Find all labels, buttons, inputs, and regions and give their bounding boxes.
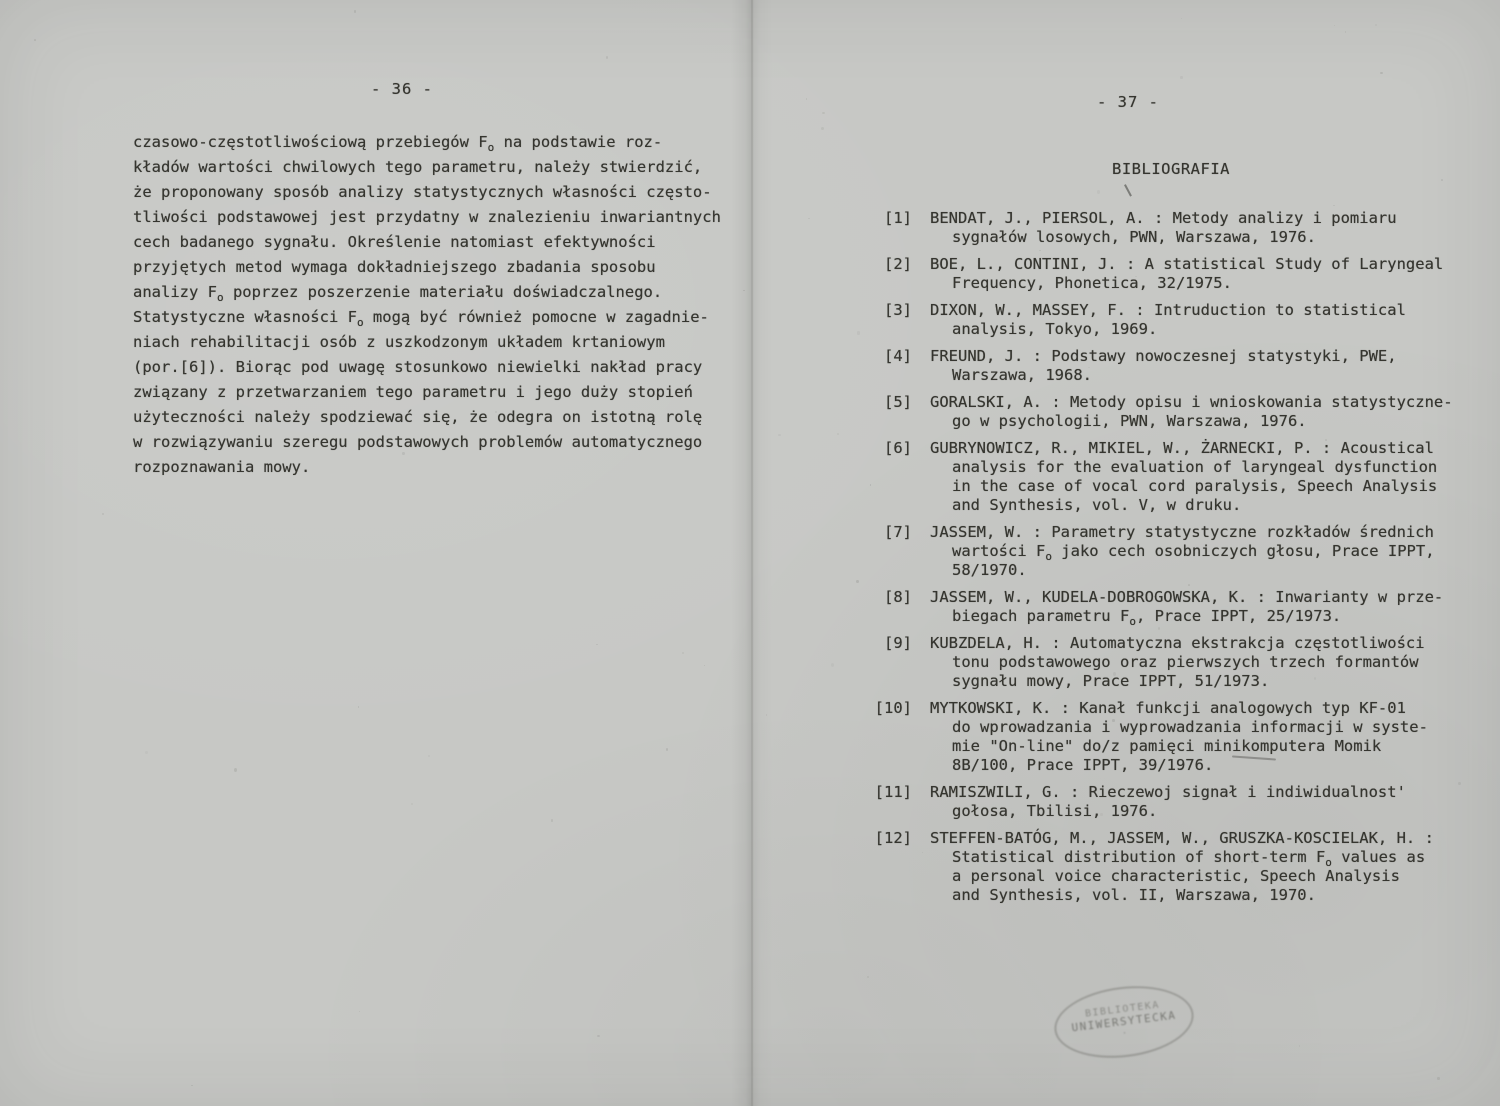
paper-speck [857,331,860,334]
bib-entry: [9]KUBZDELA, H. : Automatyczna ekstrakcj… [868,634,1468,691]
bib-entry: [5]GORALSKI, A. : Metody opisu i wniosko… [868,393,1468,431]
text-line: cech badanego sygnału. Określenie natomi… [133,230,733,255]
text-line: (por.[6]). Biorąc pod uwagę stosunkowo n… [133,355,733,380]
paper-speck [1458,782,1461,786]
paper-speck [1380,72,1383,74]
bib-entry-number: [9] [868,634,912,653]
text-line: przyjętych metod wymaga dokładniejszego … [133,255,733,280]
bib-entry: [10]MYTKOWSKI, K. : Kanał funkcji analog… [868,699,1468,775]
paper-speck [682,652,684,654]
paper-speck [808,218,810,220]
paper-speck [606,56,608,59]
bib-line: analysis for the evaluation of laryngeal… [952,458,1468,477]
paper-speck [938,263,939,264]
paper-speck [778,434,781,436]
paper-speck [234,768,237,772]
text-line: użyteczności należy spodziewać się, że o… [133,405,733,430]
bib-line: 8B/100, Prace IPPT, 39/1976. [952,756,1468,775]
text-line: rozpoznawania mowy. [133,455,733,480]
page-fold [731,0,773,1106]
text-line: że proponowany sposób analizy statystycz… [133,180,733,205]
text-line: niach rehabilitacji osób z uszkodzonym u… [133,330,733,355]
bib-entry-number: [5] [868,393,912,412]
bib-line: 58/1970. [952,561,1468,580]
paper-speck [1380,482,1383,484]
bib-entry-number: [1] [868,209,912,228]
text-line: kładów wartości chwilowych tego parametr… [133,155,733,180]
paper-speck [354,10,357,12]
text-line: tliwości podstawowej jest przydatny w zn… [133,205,733,230]
bib-line: sygnałów losowych, PWN, Warszawa, 1976. [952,228,1468,247]
bib-line: a personal voice characteristic, Speech … [952,867,1468,886]
text-line: czasowo-częstotliwościową przebiegów Fo … [133,130,733,155]
paper-speck [806,98,808,100]
paper-speck [1375,24,1377,27]
paper-speck [630,361,633,364]
paper-speck [1112,719,1115,721]
text-line: związany z przetwarzaniem tego parametru… [133,380,733,405]
paper-speck [551,819,554,821]
paper-speck [1180,76,1183,78]
paper-speck [358,706,360,708]
paper-speck [34,39,36,41]
paper-speck [1242,899,1244,901]
bib-line: in the case of vocal cord paralysis, Spe… [952,477,1468,496]
text-line: analizy Fo poprzez poszerzenie materiału… [133,280,733,305]
bib-entry: [3]DIXON, W., MASSEY, F. : Intruduction … [868,301,1468,339]
bib-line: FREUND, J. : Podstawy nowoczesnej statys… [930,347,1468,366]
bib-entry-number: [6] [868,439,912,458]
bib-line: KUBZDELA, H. : Automatyczna ekstrakcja c… [930,634,1468,653]
bib-line: and Synthesis, vol. II, Warszawa, 1970. [952,886,1468,905]
bib-line: analysis, Tokyo, 1969. [952,320,1468,339]
bib-entry: [7]JASSEM, W. : Parametry statystyczne r… [868,523,1468,580]
bib-line: BENDAT, J., PIERSOL, A. : Metody analizy… [930,209,1468,228]
bib-entry: [12]STEFFEN-BATÓG, M., JASSEM, W., GRUSZ… [868,829,1468,905]
paper-speck [359,1011,361,1013]
bib-line: GORALSKI, A. : Metody opisu i wnioskowan… [930,393,1468,412]
bib-line: biegach parametru Fo, Prace IPPT, 25/197… [952,607,1468,626]
paper-speck [597,1035,600,1037]
bib-line: do wprowadzania i wyprowadzania informac… [952,718,1468,737]
stamp-text: · [1121,1028,1129,1041]
bib-line: tonu podstawowego oraz pierwszych trzech… [952,653,1468,672]
paper-speck [1135,276,1136,277]
bib-entry: [11]RAMISZWILI, G. : Rieczewoj signał i … [868,783,1468,821]
paper-speck [191,1085,193,1087]
paper-speck [837,433,839,435]
bib-line: JASSEM, W. : Parametry statystyczne rozk… [930,523,1468,542]
paper-speck [1100,813,1103,815]
paper-speck [1441,179,1443,181]
paper-speck [867,976,869,979]
bib-line: Warszawa, 1968. [952,366,1468,385]
bibliography-list: [1]BENDAT, J., PIERSOL, A. : Metody anal… [868,209,1468,913]
bib-line: and Synthesis, vol. V, w druku. [952,496,1468,515]
bib-line: wartości Fo jako cech osobniczych głosu,… [952,542,1468,561]
bib-entry: [6]GUBRYNOWICZ, R., MIKIEL, W., ŻARNECKI… [868,439,1468,515]
paper-speck [1299,1045,1300,1047]
page-number-left: - 36 - [352,80,452,98]
bib-entry-number: [11] [868,783,912,802]
paper-speck [428,755,431,757]
scanned-book-spread: - 36 - czasowo-częstotliwościową przebie… [0,0,1500,1106]
bib-line: sygnału mowy, Prace IPPT, 51/1973. [952,672,1468,691]
bib-entry-number: [4] [868,347,912,366]
left-page-body-text: czasowo-częstotliwościową przebiegów Fo … [133,130,733,480]
bib-line: STEFFEN-BATÓG, M., JASSEM, W., GRUSZKA-K… [930,829,1468,848]
bib-line: BOE, L., CONTINI, J. : A statistical Stu… [930,255,1468,274]
bib-line: go w psychologii, PWN, Warszawa, 1976. [952,412,1468,431]
paper-speck [831,663,834,667]
bib-line: gołosa, Tbilisi, 1976. [952,802,1468,821]
bib-line: MYTKOWSKI, K. : Kanał funkcji analogowyc… [930,699,1468,718]
paper-speck [1325,439,1327,441]
bib-line: Statistical distribution of short-term F… [952,848,1468,867]
bib-line: RAMISZWILI, G. : Rieczewoj signał i indi… [930,783,1468,802]
paper-speck [102,513,103,514]
paper-speck [704,665,705,666]
paper-speck [856,580,859,583]
bib-entry-number: [12] [868,829,912,848]
bib-line: DIXON, W., MASSEY, F. : Intruduction to … [930,301,1468,320]
paper-speck [411,803,413,805]
bib-entry-number: [3] [868,301,912,320]
bib-line: Frequency, Phonetica, 32/1975. [952,274,1468,293]
bib-line: JASSEM, W., KUDELA-DOBROGOWSKA, K. : Inw… [930,588,1468,607]
paper-speck [1181,18,1182,19]
bib-entry: [2]BOE, L., CONTINI, J. : A statistical … [868,255,1468,293]
paper-speck [1097,190,1100,194]
bib-entry-number: [2] [868,255,912,274]
paper-speck [1333,205,1335,206]
page-number-right: - 37 - [1078,93,1178,111]
text-line: w rozwiązywaniu szeregu podstawowych pro… [133,430,733,455]
paper-speck [1251,861,1253,863]
paper-speck [666,748,669,751]
bib-line: GUBRYNOWICZ, R., MIKIEL, W., ŻARNECKI, P… [930,439,1468,458]
paper-speck [145,751,148,754]
paper-speck [588,296,589,297]
bib-entry: [4]FREUND, J. : Podstawy nowoczesnej sta… [868,347,1468,385]
bib-entry: [1]BENDAT, J., PIERSOL, A. : Metody anal… [868,209,1468,247]
bib-entry-number: [10] [868,699,912,718]
paper-speck [1334,25,1335,26]
bib-entry-number: [8] [868,588,912,607]
bib-entry-number: [7] [868,523,912,542]
text-line: Statystyczne własności Fo mogą być równi… [133,305,733,330]
paper-speck [1345,31,1347,33]
paper-speck [283,289,285,291]
paper-speck [821,127,824,130]
bibliography-heading: BIBLIOGRAFIA [1112,160,1230,178]
paper-speck [1437,1077,1439,1080]
paper-speck [495,411,498,413]
paper-speck [822,112,825,114]
library-stamp: BIBLIOTEKA UNIWERSYTECKA · [1050,979,1197,1066]
bib-entry: [8]JASSEM, W., KUDELA-DOBROGOWSKA, K. : … [868,588,1468,626]
paper-speck [596,644,598,645]
pen-mark [1124,184,1131,196]
paper-speck [1052,441,1054,444]
bib-line: mie "On-line" do/z pamięci minikomputera… [952,737,1468,756]
